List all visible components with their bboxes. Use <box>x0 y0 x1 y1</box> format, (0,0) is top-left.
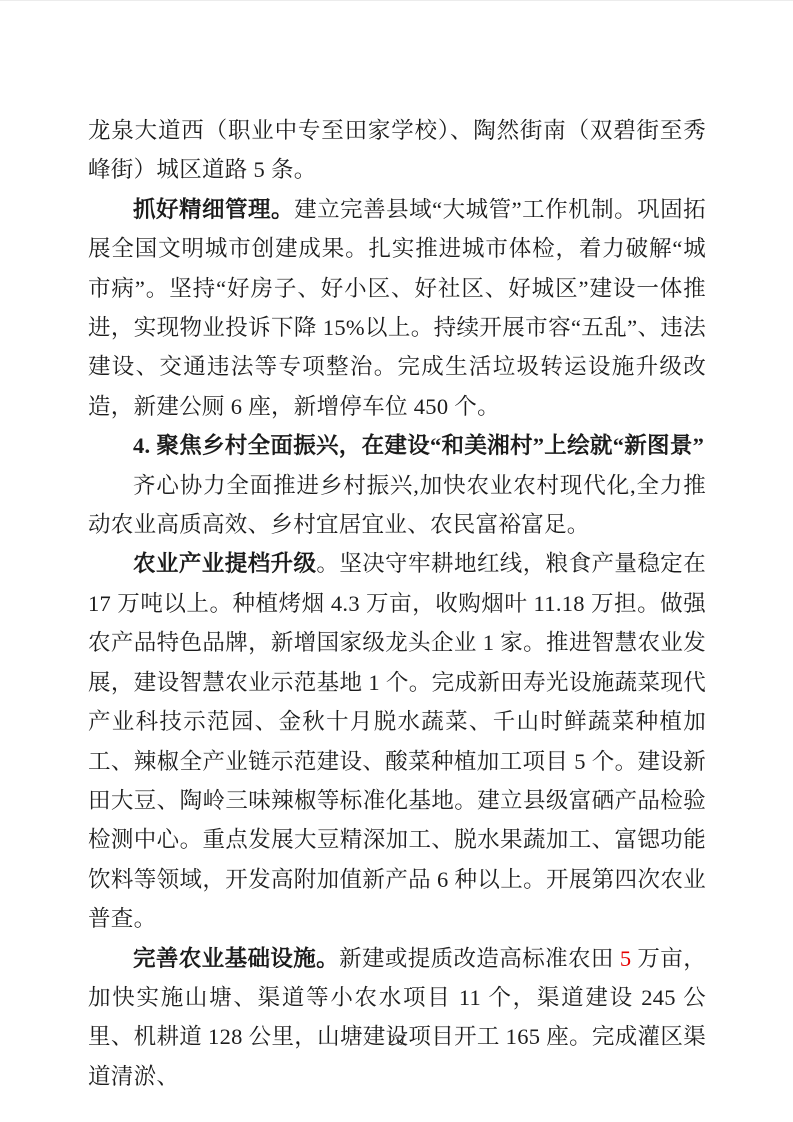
text-run: 。坚决守牢耕地红线，粮食产量稳定在 17 万吨以上。种植烤烟 4.3 万亩，收购… <box>88 551 706 931</box>
page-footer: 20 <box>0 1032 793 1050</box>
paragraph: 齐心协力全面推进乡村振兴,加快农业农村现代化,全力推动农业高质高效、乡村宜居宜业… <box>88 466 706 545</box>
text-run: 齐心协力全面推进乡村振兴,加快农业农村现代化,全力推动农业高质高效、乡村宜居宜业… <box>88 473 706 537</box>
bold-run: 农业产业提档升级 <box>133 551 316 576</box>
document-body: 龙泉大道西（职业中专至田家学校）、陶然街南（双碧街至秀峰街）城区道路 5 条。抓… <box>88 111 706 1096</box>
document-page: 龙泉大道西（职业中专至田家学校）、陶然街南（双碧街至秀峰街）城区道路 5 条。抓… <box>0 0 793 1122</box>
bold-run: 抓好精细管理。 <box>133 197 294 222</box>
bold-run: 4. 聚焦乡村全面振兴，在建设“和美湘村”上绘就“新图景” <box>133 433 704 458</box>
text-run: 建立完善县域“大城管”工作机制。巩固拓展全国文明城市创建成果。扎实推进城市体检，… <box>88 197 706 419</box>
paragraph: 抓好精细管理。建立完善县域“大城管”工作机制。巩固拓展全国文明城市创建成果。扎实… <box>88 190 706 426</box>
paragraph: 农业产业提档升级。坚决守牢耕地红线，粮食产量稳定在 17 万吨以上。种植烤烟 4… <box>88 544 706 938</box>
bold-run: 完善农业基础设施。 <box>133 946 339 971</box>
paragraph: 龙泉大道西（职业中专至田家学校）、陶然街南（双碧街至秀峰街）城区道路 5 条。 <box>88 111 706 190</box>
text-run: 龙泉大道西（职业中专至田家学校）、陶然街南（双碧街至秀峰街）城区道路 5 条。 <box>88 118 706 182</box>
section-heading: 4. 聚焦乡村全面振兴，在建设“和美湘村”上绘就“新图景” <box>88 426 706 465</box>
text-run: 新建或提质改造高标准农田 <box>339 946 620 971</box>
highlighted-number: 5 <box>620 946 632 971</box>
paragraph: 完善农业基础设施。新建或提质改造高标准农田 5 万亩，加快实施山塘、渠道等小农水… <box>88 939 706 1097</box>
page-number: 20 <box>388 1033 405 1049</box>
